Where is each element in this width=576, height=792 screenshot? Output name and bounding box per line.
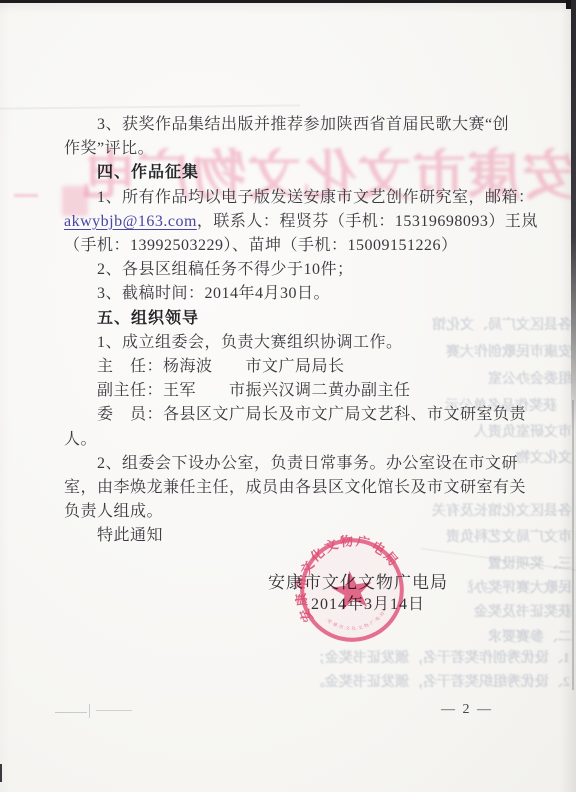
doc-line: （手机：13992503229）、苗坤（手机：15009151226） (64, 234, 514, 258)
doc-line-text: ，联系人：程贤芬（手机：15319698093）王岚 (197, 213, 538, 230)
official-seal: 安康市文化文物广电局 ·安·康·市·文·化·文·物·广·电·局· (286, 524, 417, 655)
doc-line: 3、截稿时间：2014年4月30日。 (64, 282, 514, 306)
bleedthrough-line: 民歌大赛评奖办法 (468, 580, 572, 598)
bleedthrough-line: 二、参赛要求 (428, 629, 572, 647)
scan-edge-right (571, 0, 576, 430)
scan-edge-right-faint (572, 400, 574, 690)
bleedthrough-line: 获奖证书及奖金 (464, 604, 572, 622)
email-link[interactable]: akwybjb@163.com (64, 213, 197, 230)
doc-line: 委 员：各县区文广局长及市文广局文艺科、市文研室负责 (64, 403, 514, 427)
doc-line: 主 任：杨海波 市文广局局长 (64, 355, 514, 379)
section-heading: 五、组织领导 (64, 307, 514, 331)
doc-line: 负责人组成。 (64, 500, 514, 524)
scan-edge-top (0, 0, 576, 3)
doc-line: 副主任：王军 市振兴汉调二黄办副主任 (64, 379, 514, 403)
bleedthrough-line: 2、设优秀组织奖若干名，颁发证书奖金。 (260, 674, 570, 692)
doc-line: 1、所有作品均以电子版发送安康市文艺创作研究室，邮箱： (64, 186, 514, 210)
doc-line: 室，由李焕龙兼任主任，成员由各县区文化馆长及市文研室有关 (64, 476, 514, 500)
doc-line: 1、成立组委会，负责大赛组织协调工作。 (64, 331, 514, 355)
document-body: 3、获奖作品集结出版并推荐参加陕西省首届民歌大赛“创作奖”评比。四、作品征集1、… (64, 113, 514, 549)
doc-line: 作奖”评比。 (64, 137, 514, 161)
bleedthrough-mark (14, 194, 38, 197)
doc-line: 2、组委会下设办公室，负责日常事务。办公室设在市文研 (64, 452, 514, 476)
page-number: — 2 — (441, 702, 493, 718)
bleedthrough-line: 三、奖项设置 (460, 556, 572, 574)
scanned-page: 安康市文化文物广电局 各县区文广局、文化馆安康市民歌创作大赛组委会办公室获奖作品… (0, 0, 576, 792)
doc-line: akwybjb@163.com，联系人：程贤芬（手机：15319698093）王… (64, 210, 514, 234)
doc-line: 3、获奖作品集结出版并推荐参加陕西省首届民歌大赛“创 (64, 113, 514, 137)
scan-edge-left (0, 764, 2, 782)
doc-line: 人。 (64, 428, 514, 452)
section-heading: 四、作品征集 (64, 161, 514, 185)
doc-line: 2、各县区组稿任务不得少于10件； (64, 258, 514, 282)
